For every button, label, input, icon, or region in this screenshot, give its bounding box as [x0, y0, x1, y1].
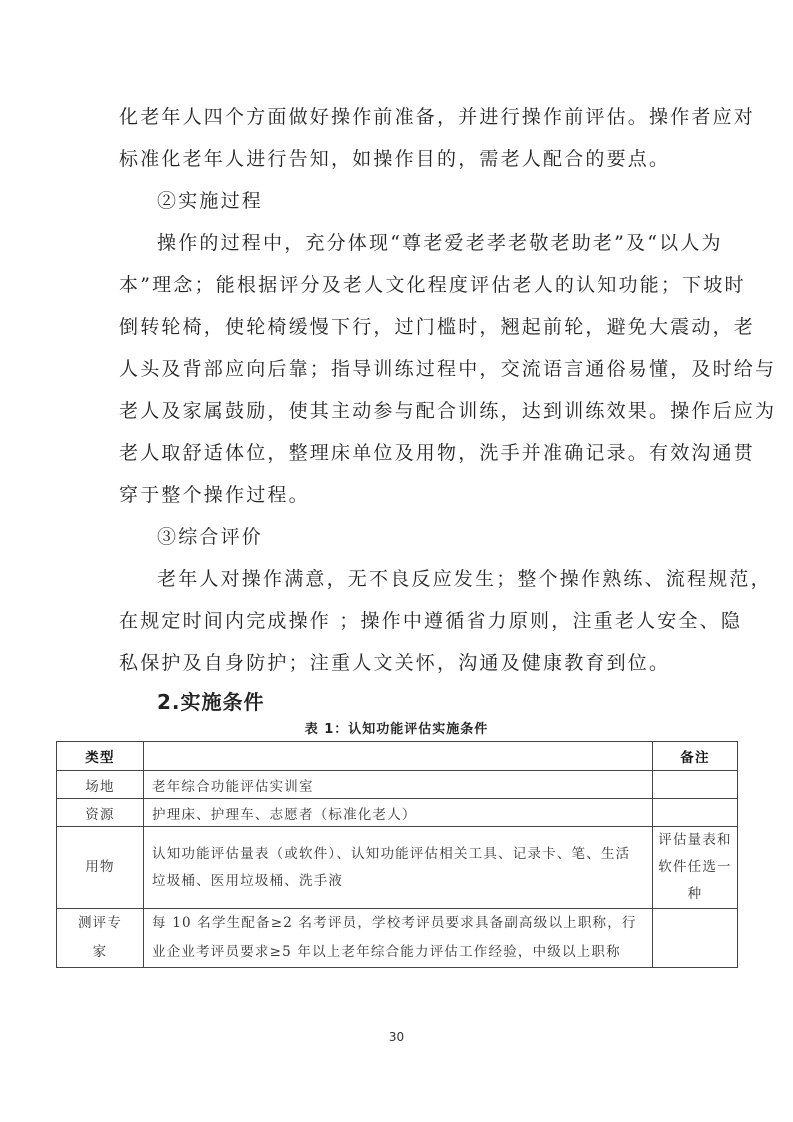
body-line: 标准化老年人进行告知，如操作目的，需老人配合的要点。 [119, 147, 709, 171]
cell-type: 测评专家 [57, 909, 144, 968]
header-content [144, 742, 653, 771]
body-line: 老年人对操作满意，无不良反应发生；整个操作熟练、流程规范， [157, 567, 747, 591]
table-caption: 表 1：认知功能评估实施条件 [0, 718, 793, 737]
body-line: 倒转轮椅，使轮椅缓慢下行，过门槛时，翘起前轮，避免大震动，老 [119, 315, 709, 339]
cell-content: 护理床、护理车、志愿者（标准化老人） [144, 799, 653, 827]
header-type: 类型 [57, 742, 144, 771]
conditions-table: 类型 备注 场地 老年综合功能评估实训室 资源 护理床、护理车、志愿者（标准化老… [56, 741, 738, 968]
body-line: 老人及家属鼓励，使其主动参与配合训练，达到训练效果。操作后应为 [119, 399, 709, 423]
body-line: 私保护及自身防护；注重人文关怀，沟通及健康教育到位。 [119, 651, 709, 675]
cell-content: 每 10 名学生配备≥2 名考评员，学校考评员要求具备副高级以上职称，行业企业考… [144, 909, 653, 968]
table-row: 测评专家 每 10 名学生配备≥2 名考评员，学校考评员要求具备副高级以上职称，… [57, 909, 738, 968]
body-line: 穿于整个操作过程。 [119, 483, 709, 507]
subheading-evaluation: ③综合评价 [157, 525, 747, 549]
cell-note [653, 771, 738, 799]
body-line: 老人取舒适体位，整理床单位及用物，洗手并准确记录。有效沟通贯 [119, 441, 709, 465]
page-number: 30 [0, 1030, 793, 1044]
cell-note [653, 909, 738, 968]
body-line: 在规定时间内完成操作 ；操作中遵循省力原则，注重老人安全、隐 [119, 609, 709, 633]
header-note: 备注 [653, 742, 738, 771]
cell-type: 场地 [57, 771, 144, 799]
table-row: 场地 老年综合功能评估实训室 [57, 771, 738, 799]
subheading-process: ②实施过程 [157, 189, 747, 213]
cell-content: 老年综合功能评估实训室 [144, 771, 653, 799]
body-line: 化老年人四个方面做好操作前准备，并进行操作前评估。操作者应对 [119, 105, 709, 129]
section-heading: 2.实施条件 [157, 686, 265, 715]
table-header-row: 类型 备注 [57, 742, 738, 771]
cell-note: 评估量表和软件任选一种 [653, 827, 738, 909]
cell-type: 用物 [57, 827, 144, 909]
body-line: 人头及背部应向后靠；指导训练过程中，交流语言通俗易懂，及时给与 [119, 357, 709, 381]
table-row: 用物 认知功能评估量表（或软件）、认知功能评估相关工具、记录卡、笔、生活垃圾桶、… [57, 827, 738, 909]
cell-content: 认知功能评估量表（或软件）、认知功能评估相关工具、记录卡、笔、生活垃圾桶、医用垃… [144, 827, 653, 909]
body-line: 本”理念；能根据评分及老人文化程度评估老人的认知功能；下坡时 [119, 273, 709, 297]
body-line: 操作的过程中，充分体现“尊老爱老孝老敬老助老”及“以人为 [157, 231, 747, 255]
table-row: 资源 护理床、护理车、志愿者（标准化老人） [57, 799, 738, 827]
cell-note [653, 799, 738, 827]
cell-type: 资源 [57, 799, 144, 827]
